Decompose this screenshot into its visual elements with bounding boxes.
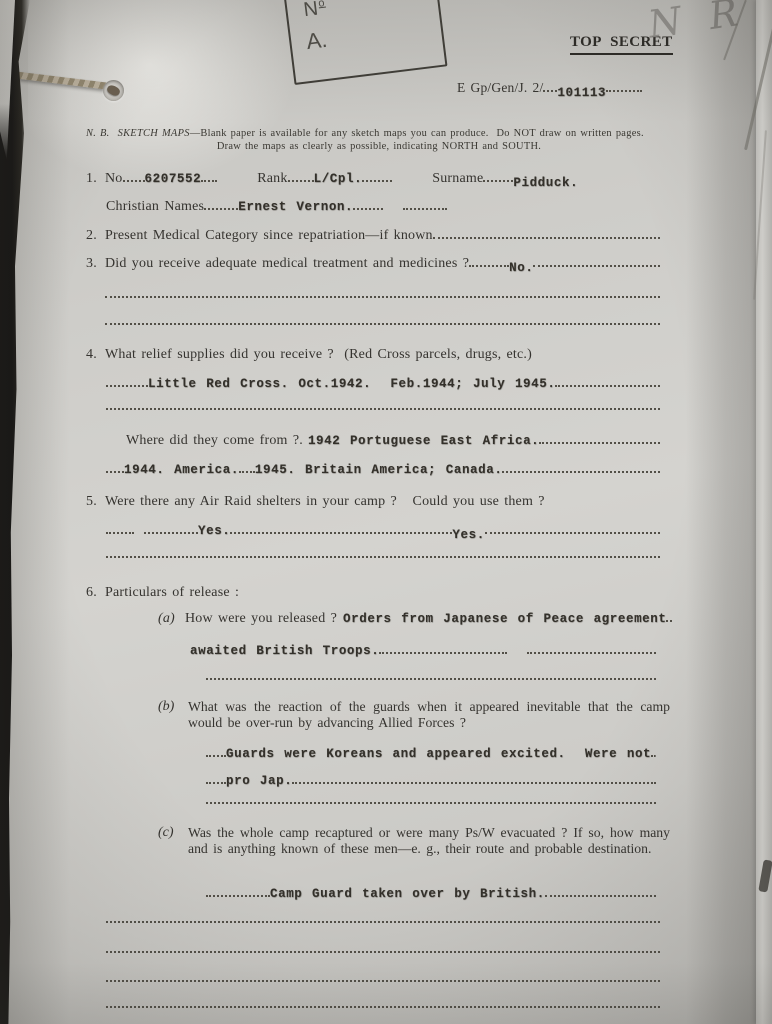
dot-leader [206, 892, 270, 897]
q3-number: 3. [86, 256, 105, 272]
binding-edge [0, 0, 30, 1024]
q1-number: 1. [86, 171, 105, 187]
q4-answer2a: 1944. America. [124, 463, 239, 477]
dot-leader [539, 439, 660, 444]
q6b-text: What was the reaction of the guards when… [188, 699, 670, 730]
q1-christian-row: Christian Names Ernest Vernon. [106, 199, 660, 215]
q6c-answer-row: Camp Guard taken over by British. [206, 887, 656, 901]
dot-leader [651, 752, 656, 757]
q4-where-row: Where did they come from ?. 1942 Portugu… [126, 433, 660, 449]
q6a-letter: (a) [158, 611, 175, 627]
q6b-answer1: Guards were Koreans and appeared excited… [226, 747, 651, 761]
dot-leader [502, 468, 660, 473]
q4-answer-row: Little Red Cross. Oct.1942. Feb.1944; Ju… [106, 377, 660, 391]
dot-leader [545, 892, 656, 897]
dot-leader [239, 468, 255, 473]
q1-no-value: 6207552 [145, 172, 202, 186]
q4-where-label: Where did they come from ?. [126, 433, 303, 449]
dot-leader [483, 177, 513, 182]
dotted-line [106, 951, 660, 953]
q6b-letter: (b) [158, 699, 188, 715]
nb-sketch-maps: SKETCH MAPS [118, 128, 190, 139]
dot-leader [433, 234, 660, 239]
dotted-line [105, 296, 660, 298]
dot-leader [106, 529, 134, 534]
q1-rank-value: L/Cpl. [314, 172, 363, 186]
reference-prefix: E Gp/Gen/J. 2/ [457, 80, 543, 96]
dot-leader [123, 177, 145, 182]
q1-surname-value: Pidduck. [513, 176, 578, 190]
q6a-row: (a) How were you released ? Orders from … [158, 611, 672, 627]
q6c-answer: Camp Guard taken over by British. [270, 887, 545, 901]
q1-row: 1. No 6207552 Rank L/Cpl. Surname Pidduc… [86, 171, 660, 187]
q4-answer: Little Red Cross. Oct.1942. Feb.1944; Ju… [148, 377, 555, 391]
dot-leader [555, 382, 660, 387]
dot-leader [206, 752, 226, 757]
reference-number: 101113 [557, 86, 606, 100]
q6a-text: How were you released ? [185, 611, 337, 627]
stamp-letter: A. [305, 27, 329, 55]
q6a-answer1: Orders from Japanese of Peace agreement [343, 612, 666, 626]
dot-leader [353, 205, 383, 210]
q3-row: 3. Did you receive adequate medical trea… [86, 256, 660, 272]
nb-note-line2: Draw the maps as clearly as possible, in… [86, 141, 672, 152]
q1-rank-label: Rank [257, 171, 287, 187]
dotted-line [106, 408, 660, 410]
dotted-line [106, 980, 660, 982]
q6b-answer2-row: pro Jap. [206, 774, 656, 788]
q4-row: 4. What relief supplies did you receive … [86, 347, 668, 363]
dotted-line [106, 921, 660, 923]
dot-leader [106, 468, 124, 473]
reference-line: E Gp/Gen/J. 2/ 101113 [457, 80, 660, 96]
dot-leader [106, 382, 148, 387]
q1-christian-value: Ernest Vernon. [238, 200, 353, 214]
q4-where-answer: 1942 Portuguese East Africa. [308, 434, 539, 448]
dot-leader [230, 529, 452, 534]
q1-surname-label: Surname [432, 171, 483, 187]
paper-highlight [28, 0, 298, 185]
nb-note-line1: N. B. SKETCH MAPS —Blank paper is availa… [86, 128, 672, 139]
q5-number: 5. [86, 494, 105, 510]
q5-text: Were there any Air Raid shelters in your… [105, 494, 545, 510]
q2-number: 2. [86, 228, 105, 244]
dot-leader [379, 649, 507, 654]
q3-answer: No. [509, 261, 533, 275]
q6c-text: Was the whole camp recaptured or were ma… [188, 825, 670, 856]
dotted-line [105, 323, 660, 325]
nb-rest: —Blank paper is available for any sketch… [190, 128, 644, 139]
q1-no-label: No [105, 171, 123, 187]
q4-number: 4. [86, 347, 105, 363]
q5-answer2: Yes. [452, 528, 484, 542]
dot-leader [206, 779, 226, 784]
dot-leader [543, 87, 557, 92]
dot-leader [606, 87, 642, 92]
dotted-line [106, 556, 660, 558]
stamp-no-sup: o [318, 0, 327, 10]
q6c-question: (c) Was the whole camp recaptured or wer… [158, 825, 670, 856]
q2-text: Present Medical Category since repatriat… [105, 228, 433, 244]
q4-text: What relief supplies did you receive ? (… [105, 347, 532, 363]
q3-text: Did you receive adequate medical treatme… [105, 256, 469, 272]
q1-christian-label: Christian Names [106, 199, 204, 215]
q6-row: 6. Particulars of release : [86, 585, 668, 601]
q5-answer1: Yes. [198, 524, 230, 538]
dot-leader [485, 529, 660, 534]
dot-leader [533, 262, 660, 267]
q6-text: Particulars of release : [105, 585, 239, 601]
dot-leader [204, 205, 238, 210]
dot-leader [527, 649, 656, 654]
dot-leader [144, 529, 198, 534]
dot-leader [201, 177, 217, 182]
nb-lead: N. B. [86, 128, 110, 139]
dot-leader [469, 262, 509, 267]
dot-leader [362, 177, 392, 182]
dotted-line [106, 1006, 660, 1008]
q6b-answer2: pro Jap. [226, 774, 292, 788]
scanned-document-page: No A. TOP SECRET N R E Gp/Gen/J. 2/ 1011… [0, 0, 772, 1024]
number-stamp-box: No A. [281, 0, 448, 85]
q4-answer2b: 1945. Britain America; Canada. [255, 463, 503, 477]
dot-leader [288, 177, 314, 182]
dot-leader [403, 205, 447, 210]
q6a-answer2-row: awaited British Troops. [190, 644, 656, 658]
dotted-line [206, 678, 656, 680]
dot-leader [666, 617, 672, 622]
q6a-answer2: awaited British Troops. [190, 644, 379, 658]
q2-row: 2. Present Medical Category since repatr… [86, 228, 660, 244]
q4-answer2-row: 1944. America. 1945. Britain America; Ca… [106, 463, 660, 477]
q6-number: 6. [86, 585, 105, 601]
q6b-answer1-row: Guards were Koreans and appeared excited… [206, 747, 656, 761]
q6c-letter: (c) [158, 825, 188, 841]
dotted-line [206, 802, 656, 804]
q6b-question: (b) What was the reaction of the guards … [158, 699, 670, 730]
q5-row: 5. Were there any Air Raid shelters in y… [86, 494, 668, 510]
nb-line2-text: Draw the maps as clearly as possible, in… [217, 141, 541, 152]
q5-answer-row: Yes. Yes. [106, 524, 660, 538]
page-curl-shadow [686, 0, 758, 1024]
dot-leader [292, 779, 656, 784]
stamp-no-label: No [302, 0, 327, 22]
